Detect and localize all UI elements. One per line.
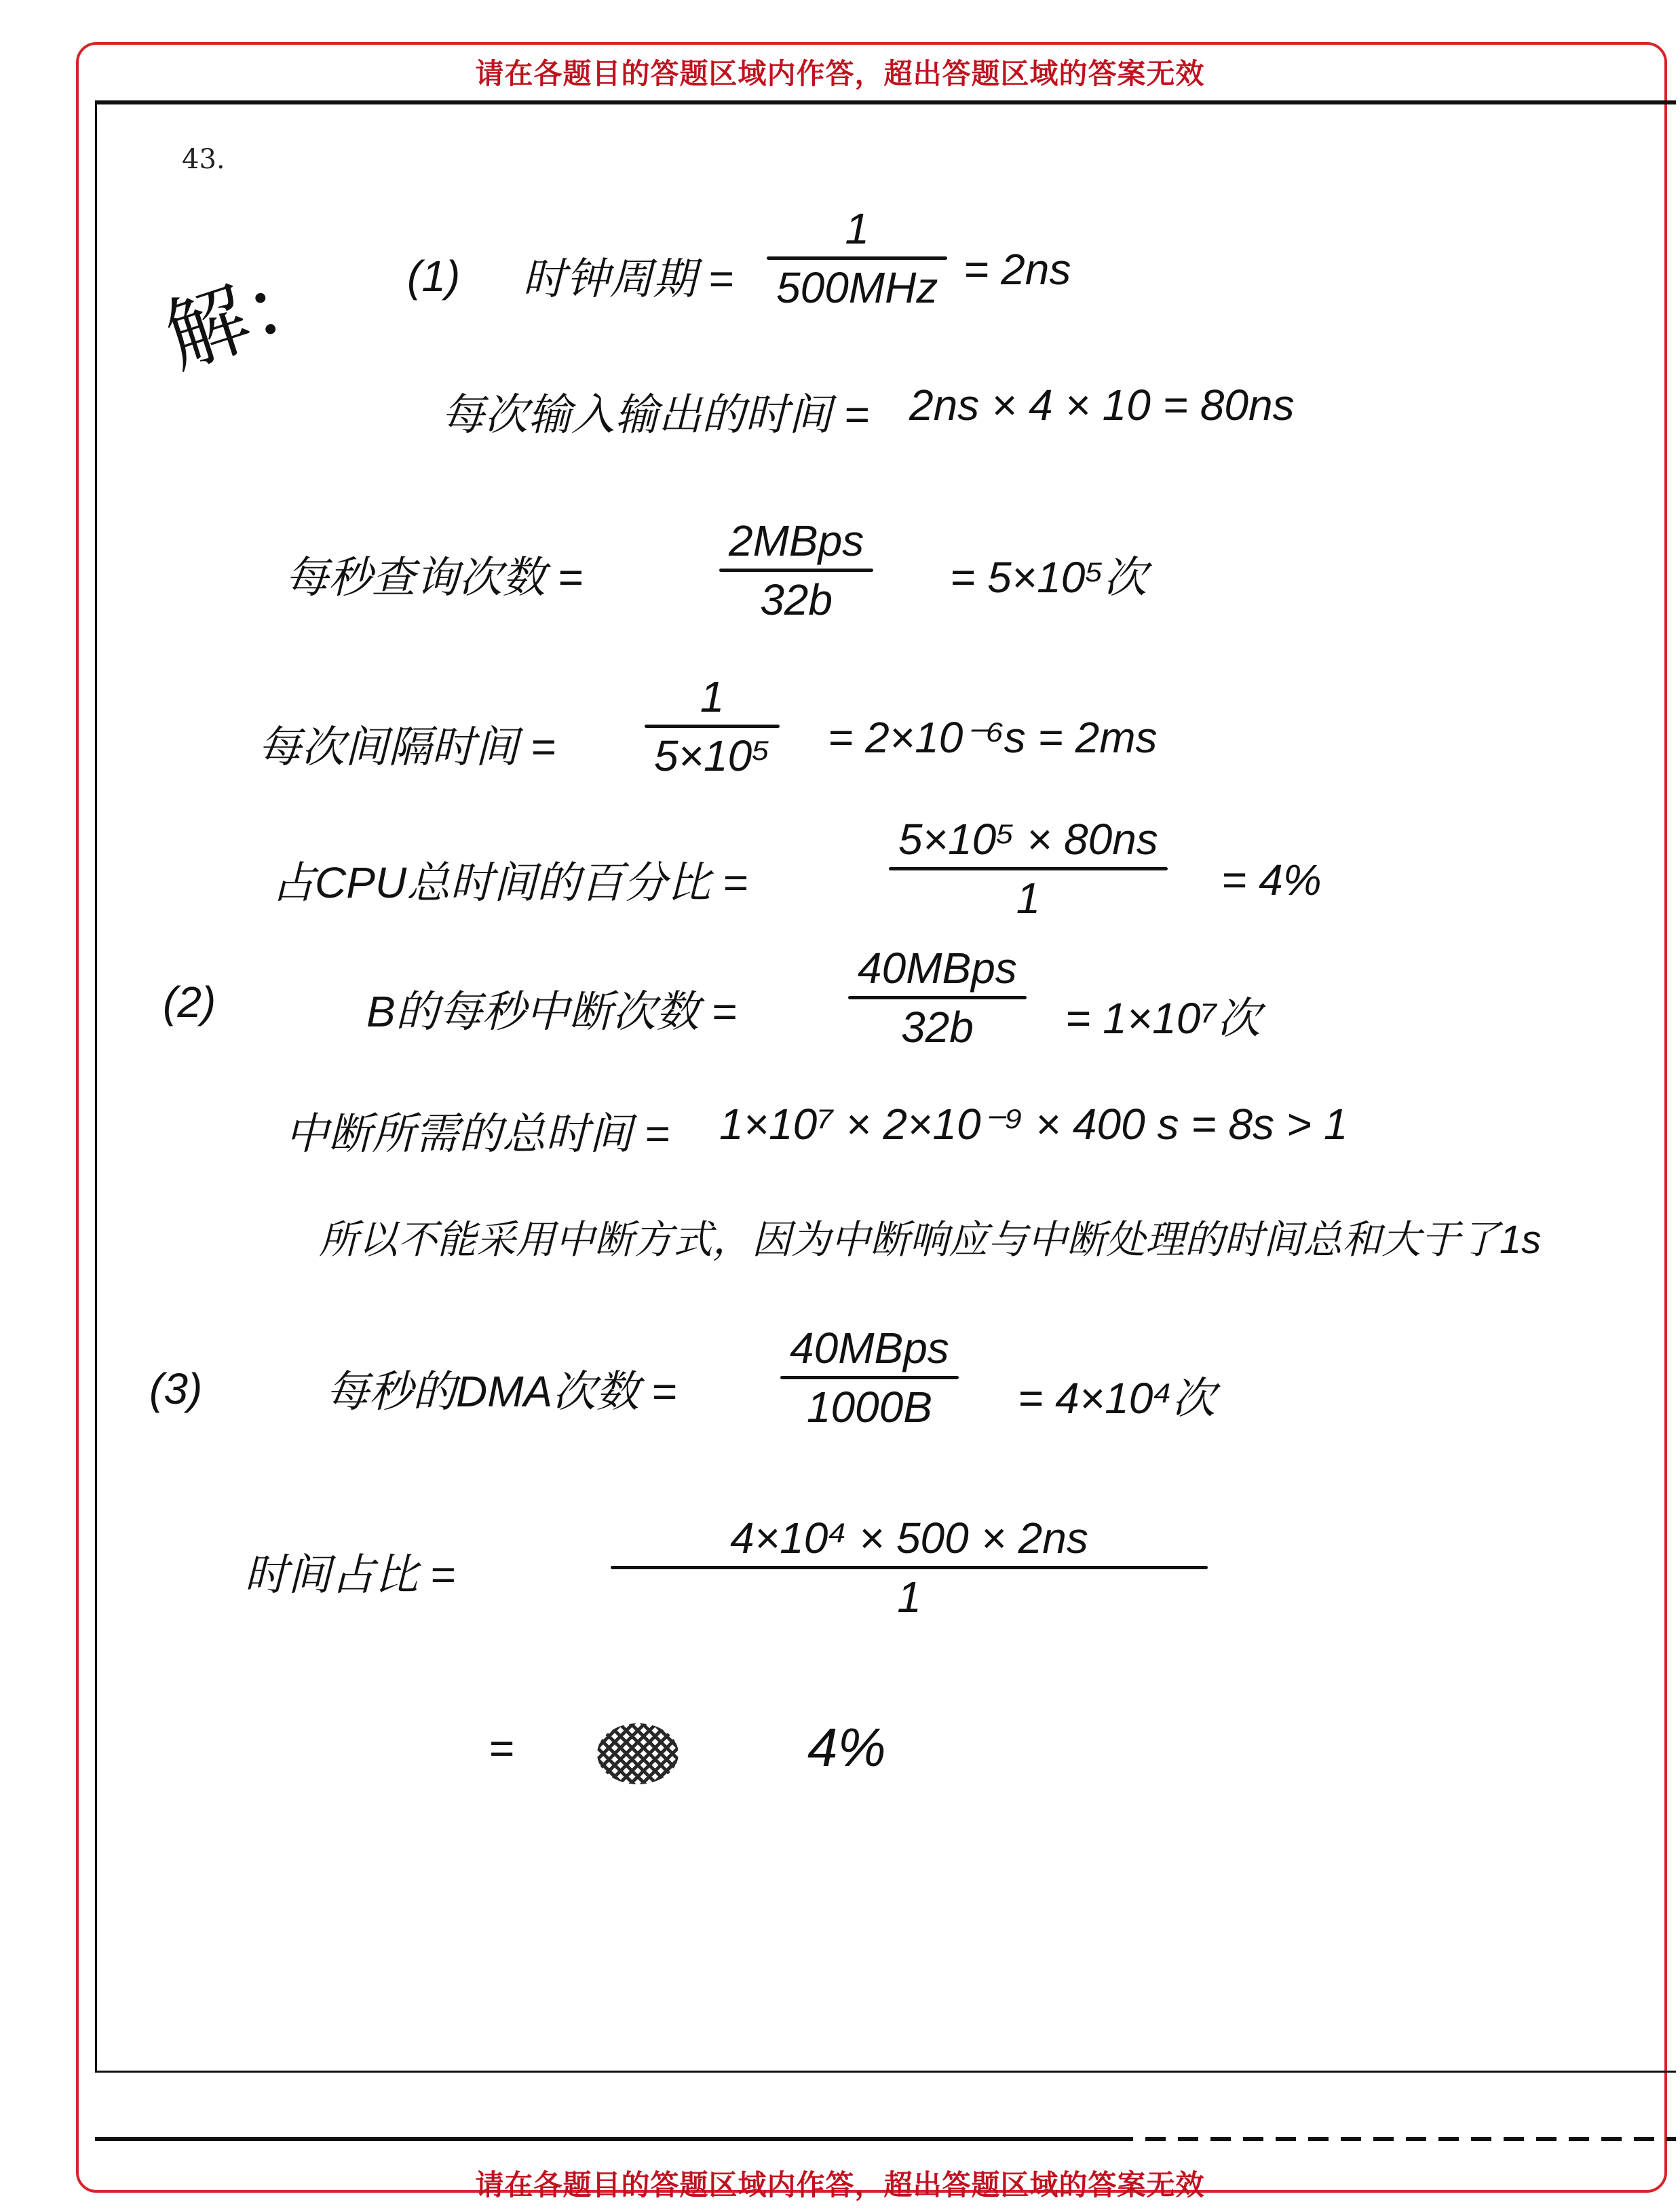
- interval-label: 每次间隔时间 =: [258, 712, 556, 775]
- clock-period-label: 时钟周期 =: [522, 244, 733, 307]
- clock-period-result: = 2ns: [963, 244, 1071, 294]
- dma-per-second-result: = 4×10⁴次: [1018, 1364, 1215, 1426]
- numerator: 1: [691, 672, 734, 722]
- part3-marker: (3): [149, 1364, 202, 1414]
- denominator: 500MHz: [767, 263, 947, 313]
- bottom-divider-dashed: [1113, 2137, 1676, 2141]
- interrupts-per-second-label: B的每秒中断次数 =: [366, 977, 737, 1039]
- denominator: 32b: [750, 575, 842, 625]
- dma-per-second-label: 每秒的DMA次数 =: [326, 1357, 676, 1419]
- footer-warning-banner: 请在各题目的答题区域内作答，超出答题区域的答案无效: [0, 2163, 1680, 2204]
- fraction-bar: [611, 1566, 1208, 1569]
- denominator: 1: [887, 1572, 931, 1622]
- queries-per-second-result: = 5×10⁵次: [950, 543, 1147, 605]
- crossed-out-scribble: [597, 1723, 679, 1784]
- io-time-label: 每次输入输出的时间 =: [441, 380, 869, 442]
- interrupt-total-time-expression: 1×10⁷ × 2×10⁻⁹ × 400 s = 8s > 1: [719, 1099, 1348, 1150]
- part2-marker: (2): [163, 977, 216, 1027]
- cpu-ratio-fraction: 5×10⁵ × 80ns 1: [889, 814, 1168, 923]
- numerator: 40MBps: [780, 1323, 959, 1373]
- fraction-bar: [645, 725, 780, 728]
- numerator: 2MBps: [719, 516, 873, 566]
- question-number: 43.: [182, 144, 225, 175]
- numerator: 5×10⁵ × 80ns: [889, 814, 1168, 864]
- top-divider: [95, 100, 1676, 104]
- interrupts-per-second-fraction: 40MBps 32b: [848, 943, 1027, 1052]
- numerator: 40MBps: [848, 943, 1027, 993]
- clock-period-fraction: 1 500MHz: [767, 204, 947, 313]
- fraction-bar: [780, 1376, 959, 1379]
- dma-per-second-fraction: 40MBps 1000B: [780, 1323, 959, 1432]
- queries-per-second-fraction: 2MBps 32b: [719, 516, 873, 625]
- final-equals: =: [489, 1723, 514, 1773]
- denominator: 1: [1007, 873, 1050, 923]
- final-result: 4%: [807, 1716, 886, 1779]
- interval-result: = 2×10⁻⁶s = 2ms: [828, 712, 1158, 763]
- fraction-bar: [848, 996, 1027, 999]
- denominator: 32b: [892, 1002, 983, 1052]
- header-warning-banner: 请在各题目的答题区域内作答，超出答题区域的答案无效: [0, 52, 1680, 92]
- time-ratio-fraction: 4×10⁴ × 500 × 2ns 1: [611, 1513, 1208, 1622]
- numerator: 1: [835, 204, 879, 254]
- fraction-bar: [767, 256, 947, 260]
- part1-marker: (1): [407, 251, 460, 301]
- numerator: 4×10⁴ × 500 × 2ns: [721, 1513, 1098, 1563]
- cpu-ratio-label: 占CPU总时间的百分比 =: [271, 848, 748, 910]
- denominator: 1000B: [797, 1382, 942, 1432]
- time-ratio-label: 时间占比 =: [244, 1540, 455, 1602]
- denominator: 5×10⁵: [645, 731, 780, 781]
- interrupts-per-second-result: = 1×10⁷次: [1065, 984, 1261, 1046]
- cpu-ratio-result: = 4%: [1221, 855, 1322, 905]
- io-time-expression: 2ns × 4 × 10 = 80ns: [909, 380, 1295, 430]
- interrupt-total-time-label: 中断所需的总时间 =: [285, 1099, 670, 1161]
- part2-conclusion: 所以不能采用中断方式，因为中断响应与中断处理的时间总和大于了1s: [319, 1208, 1541, 1265]
- fraction-bar: [889, 867, 1168, 870]
- interval-fraction: 1 5×10⁵: [645, 672, 780, 781]
- queries-per-second-label: 每秒查询次数 =: [285, 543, 583, 605]
- fraction-bar: [719, 569, 873, 572]
